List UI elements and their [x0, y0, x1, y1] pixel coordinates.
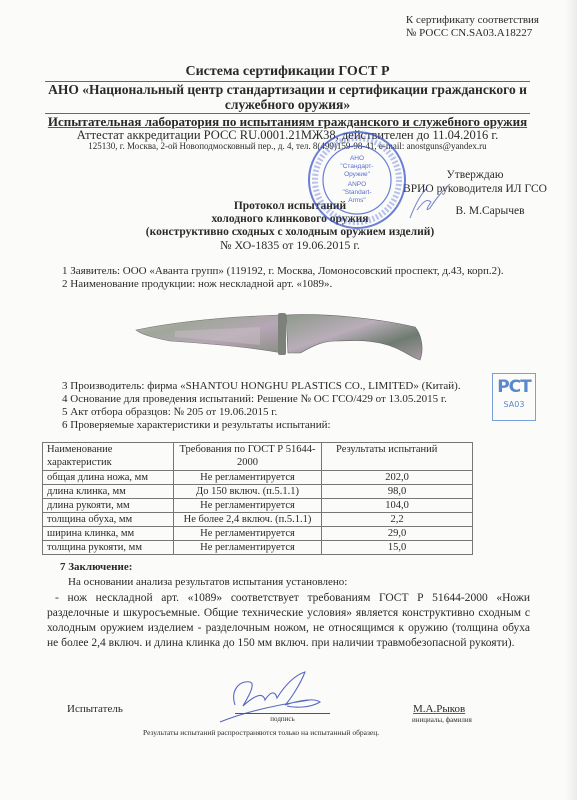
item-product: 2 Наименование продукции: нож нескладной… [62, 278, 332, 291]
cell-result: 15,0 [322, 541, 473, 555]
tester-role: Испытатель [67, 703, 123, 715]
cell-result: 2,2 [322, 513, 473, 527]
organization-stamp: АНО "Стандарт- Оружие" ANPO "Standart- A… [305, 128, 410, 233]
cell-characteristic: ширина клинка, мм [43, 527, 174, 541]
table-row: длина клинка, мм До 150 включ. (п.5.1.1)… [43, 485, 473, 499]
header-characteristic: Наименование характеристик [43, 443, 174, 471]
stamp-text-3: Оружие" [344, 171, 371, 178]
accreditation-line: Аттестат аккредитации РОСС RU.0001.21МЖ3… [45, 128, 530, 142]
rst-symbol: РСТ [493, 374, 535, 400]
table-row: общая длина ножа, мм Не регламентируется… [43, 471, 473, 485]
cell-result: 104,0 [322, 499, 473, 513]
tester-name-caption: инициалы, фамилия [412, 716, 472, 724]
stamp-text-4: ANPO [348, 181, 366, 188]
document-page: К сертификату соответствия № РОСС CN.SA0… [0, 0, 577, 800]
item-sampling: 5 Акт отбора образцов: № 205 от 19.06.20… [62, 406, 277, 419]
cell-characteristic: толщина обуха, мм [43, 513, 174, 527]
item-applicant: 1 Заявитель: ООО «Аванта групп» (119192,… [62, 265, 504, 278]
reference-line-2: № РОСС CN.SA03.A18227 [406, 27, 539, 40]
item-characteristics: 6 Проверяемые характеристики и результат… [62, 419, 331, 432]
item-basis: 4 Основание для проведения испытаний: Ре… [62, 393, 447, 406]
organization-line-2: служебного оружия» [45, 97, 530, 112]
stamp-text-1: АНО [350, 155, 364, 162]
footer-note: Результаты испытаний распространяются то… [143, 728, 379, 737]
contacts-line: 125130, г. Москва, 2-ой Новоподмосковный… [45, 141, 530, 152]
cell-result: 29,0 [322, 527, 473, 541]
conclusion-title: 7 Заключение: [60, 561, 132, 573]
table-row: длина рукояти, мм Не регламентируется 10… [43, 499, 473, 513]
stamp-text-5: "Standart- [342, 189, 371, 196]
cell-requirement: До 150 включ. (п.5.1.1) [174, 485, 322, 499]
stamp-text-6: Arms" [348, 197, 366, 204]
cell-result: 98,0 [322, 485, 473, 499]
cell-requirement: Не регламентируется [174, 527, 322, 541]
item-manufacturer: 3 Производитель: фирма «SHANTOU HONGHU P… [62, 380, 461, 393]
cell-result: 202,0 [322, 471, 473, 485]
cell-requirement: Не регламентируется [174, 471, 322, 485]
cell-characteristic: общая длина ножа, мм [43, 471, 174, 485]
organization-name: АНО «Национальный центр стандартизации и… [45, 82, 530, 112]
certification-system-title: Система сертификации ГОСТ Р [45, 63, 530, 82]
stamp-text-2: "Стандарт- [340, 163, 373, 170]
table-row: ширина клинка, мм Не регламентируется 29… [43, 527, 473, 541]
cell-characteristic: длина рукояти, мм [43, 499, 174, 513]
cell-characteristic: длина клинка, мм [43, 485, 174, 499]
certificate-reference: К сертификату соответствия № РОСС CN.SA0… [406, 14, 539, 40]
knife-photo [130, 305, 430, 365]
rst-certification-mark: РСТ SA03 [492, 373, 536, 421]
cell-characteristic: толщина рукояти, мм [43, 541, 174, 555]
tester-name: М.А.Рыков [413, 703, 465, 715]
cell-requirement: Не более 2,4 включ. (п.5.1.1) [174, 513, 322, 527]
laboratory-name: Испытательная лаборатория по испытаниям … [45, 113, 530, 129]
protocol-number: № ХО-1835 от 19.06.2015 г. [60, 239, 520, 252]
conclusion-intro: На основании анализа результатов испытан… [68, 576, 347, 588]
results-table: Наименование характеристик Требования по… [42, 442, 473, 555]
tester-signature [215, 670, 325, 725]
header-result: Результаты испытаний [322, 443, 473, 471]
cell-requirement: Не регламентируется [174, 499, 322, 513]
reference-line-1: К сертификату соответствия [406, 14, 539, 27]
page-edge [565, 0, 577, 800]
rst-code: SA03 [493, 400, 535, 410]
table-row: толщина обуха, мм Не более 2,4 включ. (п… [43, 513, 473, 527]
header-requirement: Требования по ГОСТ Р 51644-2000 [174, 443, 322, 471]
conclusion-body: - нож нескладной арт. «1089» соответству… [47, 591, 530, 651]
table-row: толщина рукояти, мм Не регламентируется … [43, 541, 473, 555]
table-header-row: Наименование характеристик Требования по… [43, 443, 473, 471]
cell-requirement: Не регламентируется [174, 541, 322, 555]
organization-line-1: АНО «Национальный центр стандартизации и… [45, 82, 530, 97]
approver-signature [405, 180, 455, 220]
